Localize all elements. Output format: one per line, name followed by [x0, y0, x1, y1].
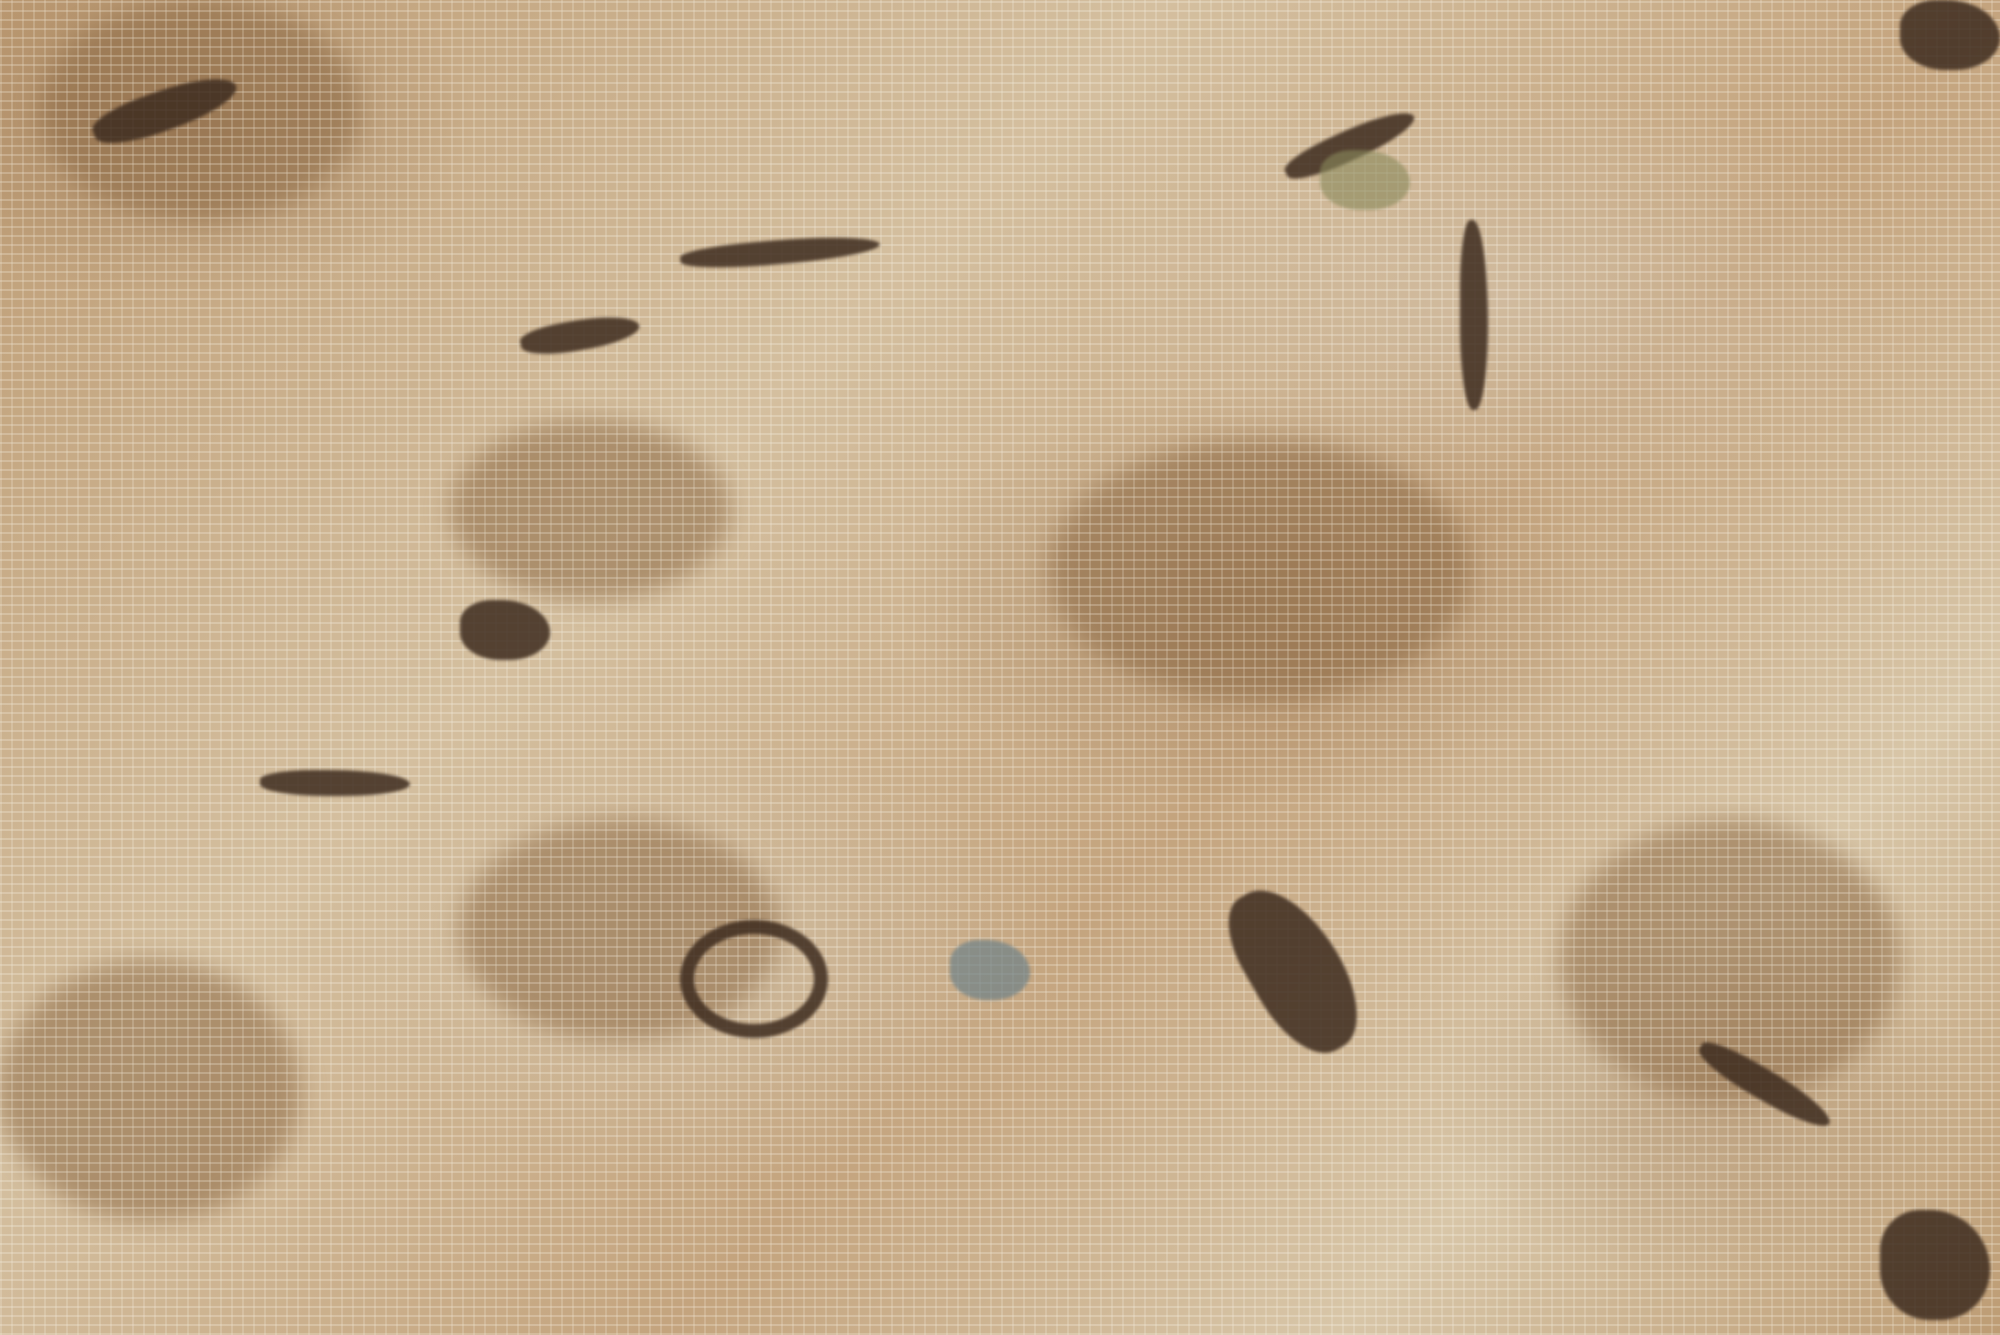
foundation-weave [0, 0, 2000, 1335]
rug-photo: Close-up of a worn, distressed vintage w… [0, 0, 2000, 1335]
floral-motif [680, 920, 828, 1038]
floral-motif [260, 770, 410, 796]
